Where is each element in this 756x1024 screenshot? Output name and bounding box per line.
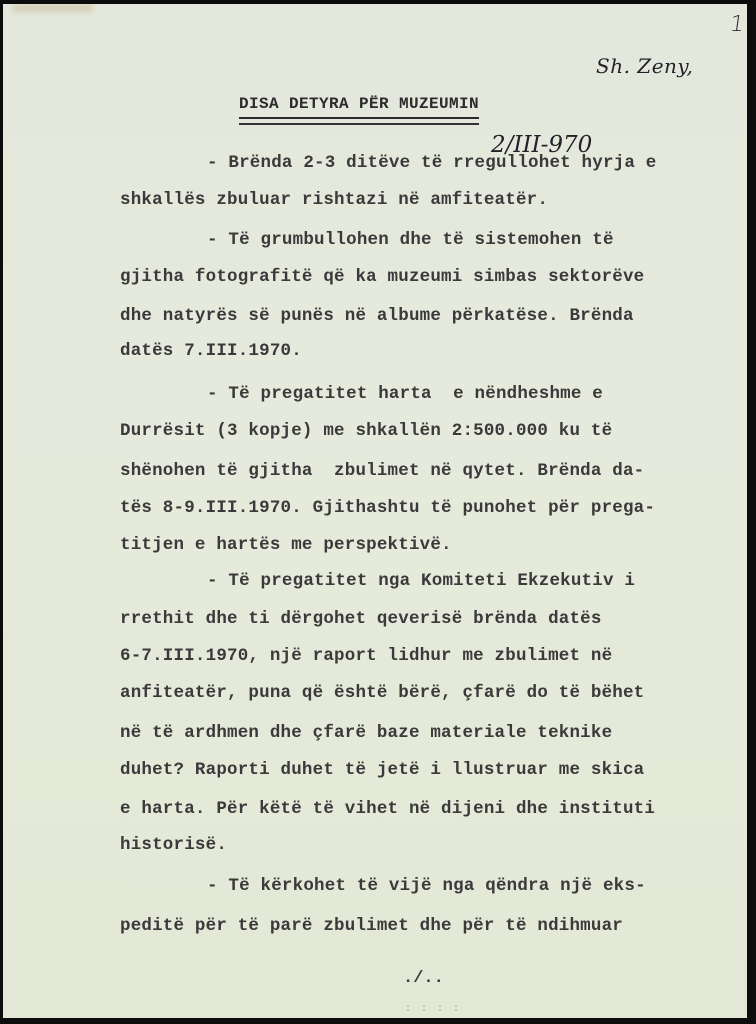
typed-line: datës 7.III.1970.	[120, 341, 302, 361]
typed-line: historisë.	[120, 835, 227, 855]
typed-line: anfiteatër, puna që është bërë, çfarë do…	[120, 683, 644, 703]
document-title: DISA DETYRA PËR MUZEUMIN	[239, 95, 479, 119]
typed-line: shkallës zbuluar rishtazi në amfiteatër.	[120, 190, 548, 210]
typed-line: Durrësit (3 kopje) me shkallën 2:500.000…	[120, 421, 612, 441]
typed-line: tës 8-9.III.1970. Gjithashtu të punohet …	[120, 498, 655, 518]
typed-line: - Të kërkohet të vijë nga qëndra një eks…	[207, 876, 646, 896]
typed-line: duhet? Raporti duhet të jetë i llustruar…	[120, 760, 644, 780]
typed-line: peditë për të parë zbulimet dhe për të n…	[120, 916, 623, 936]
faint-mark: : : : :	[405, 1004, 461, 1015]
typed-line: gjitha fotografitë që ka muzeumi simbas …	[120, 267, 644, 287]
document-page: 1 Sh. Zeny, DISA DETYRA PËR MUZEUMIN 2/I…	[3, 4, 747, 1018]
typed-line: titjen e hartës me perspektivë.	[120, 535, 452, 555]
typed-line: - Të pregatitet harta e nëndheshme e	[207, 384, 603, 404]
typed-line: 6-7.III.1970, një raport lidhur me zbuli…	[120, 646, 612, 666]
continuation-mark: ./..	[403, 969, 444, 988]
typed-line: dhe natyrës së punës në albume përkatëse…	[120, 306, 634, 326]
typed-line: - Brënda 2-3 ditëve të rregullohet hyrja…	[207, 153, 656, 173]
page-number: 1	[728, 12, 746, 37]
typed-line: - Të pregatitet nga Komiteti Ekzekutiv i	[207, 571, 635, 591]
typed-line: në të ardhmen dhe çfarë baze materiale t…	[120, 723, 612, 743]
typed-line: shënohen të gjitha zbulimet në qytet. Br…	[120, 461, 644, 481]
typed-line: e harta. Për këtë të vihet në dijeni dhe…	[120, 799, 655, 819]
handwritten-note: Sh. Zeny,	[596, 54, 693, 78]
typed-line: - Të grumbullohen dhe të sistemohen të	[207, 230, 614, 250]
typed-line: rrethit dhe ti dërgohet qeverisë brënda …	[120, 609, 602, 629]
